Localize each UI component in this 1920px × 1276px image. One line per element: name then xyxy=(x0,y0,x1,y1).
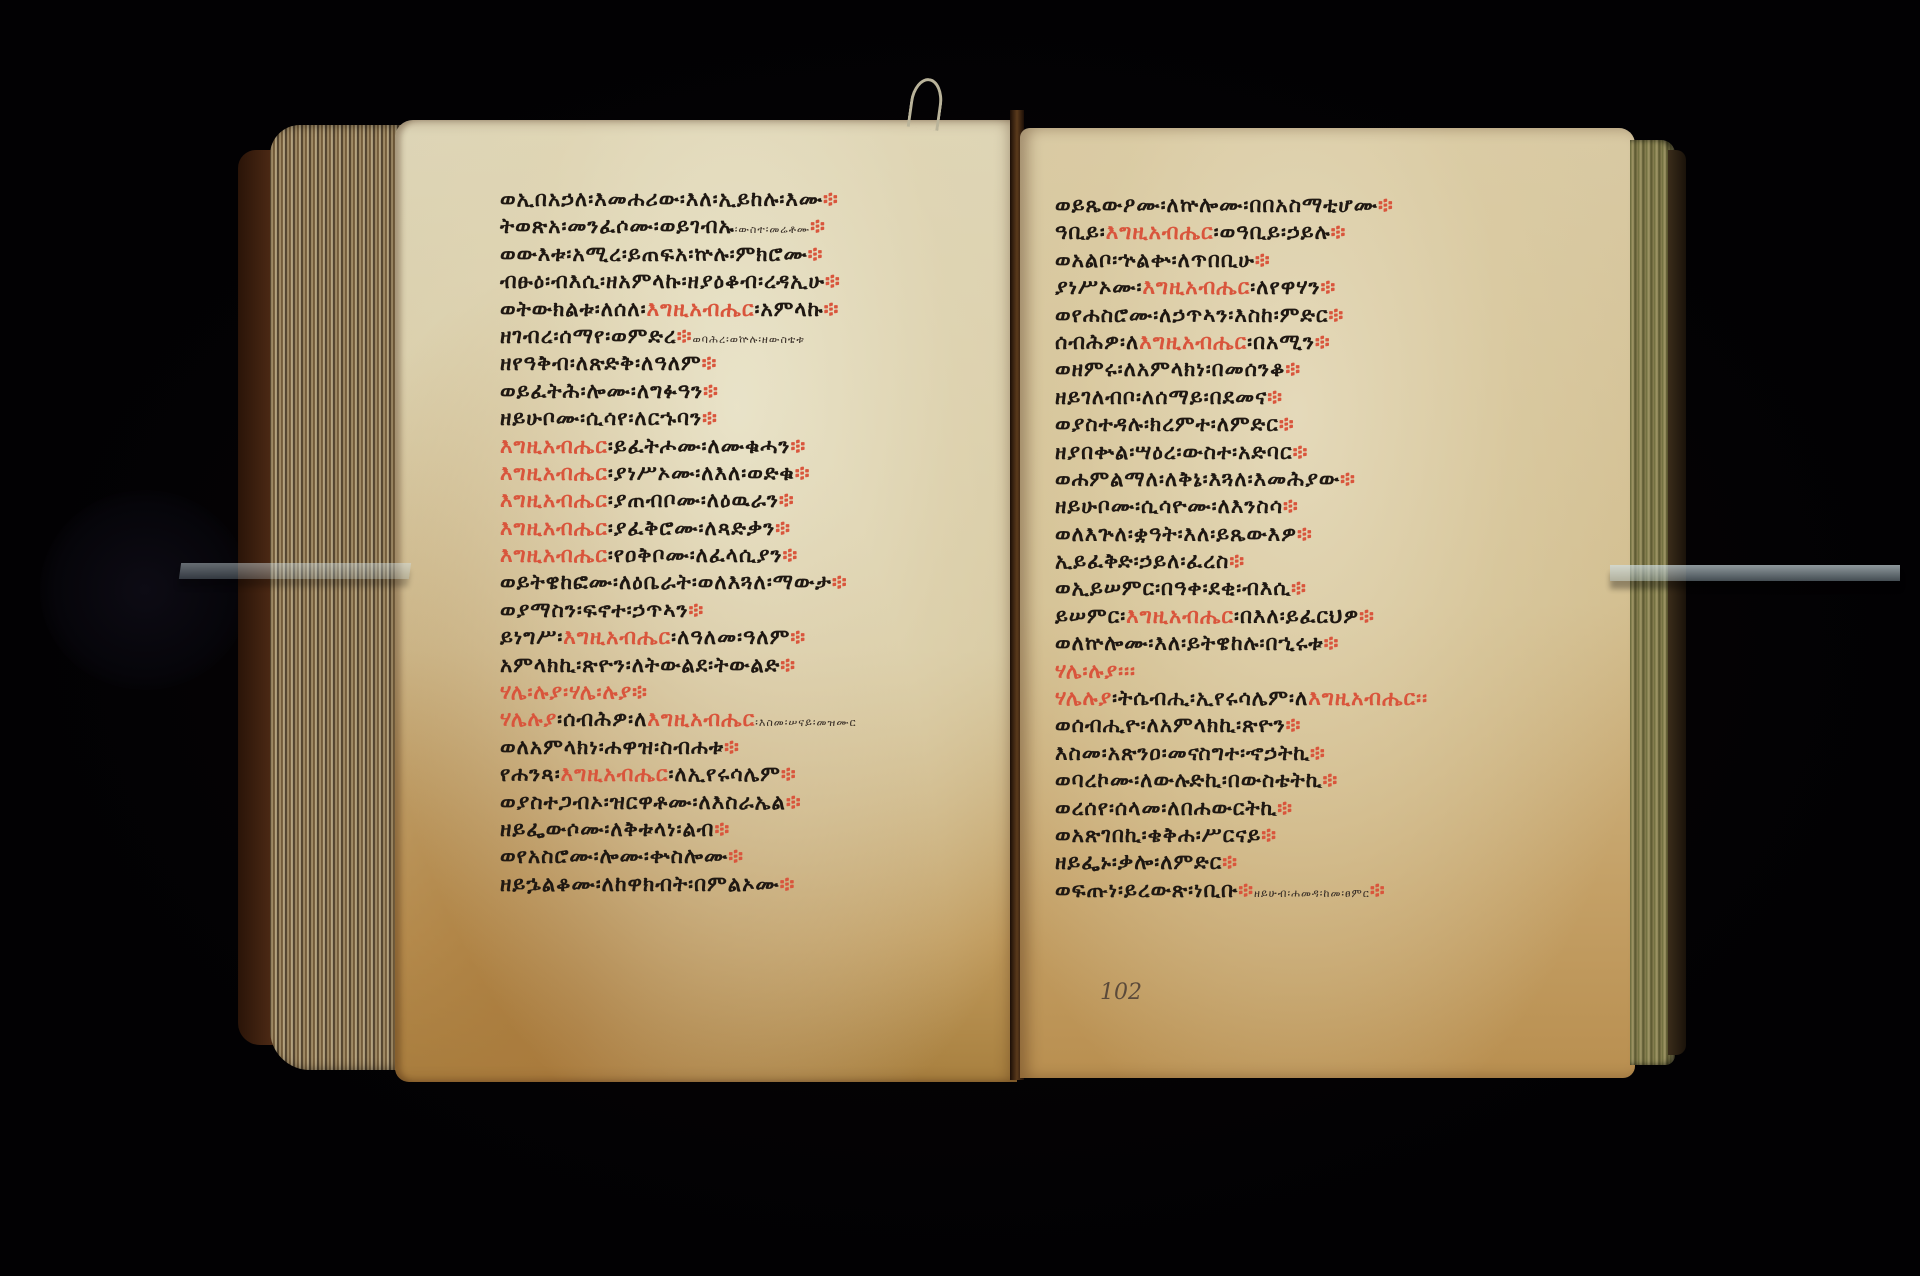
left-page-clip xyxy=(179,563,411,579)
ink-text: ወለኵሎሙ፡እለ፡ይትዌከሉ፡በኂሩቱ xyxy=(1055,631,1324,655)
rubric-text: ፨ xyxy=(1261,823,1277,847)
rubric-text: ፨ xyxy=(702,351,718,375)
ink-text: ወለእጕለ፡ቋዓት፡እለ፡ይጼውእዎ xyxy=(1055,522,1297,546)
ink-text: ፡በአሚን xyxy=(1247,330,1315,354)
rubric-text: ፨ xyxy=(1279,412,1295,436)
rubric-text: ፨ xyxy=(781,762,797,786)
ink-text: ወሰብሒዮ፡ለአምላክኪ፡ጽዮን xyxy=(1055,713,1286,737)
rubric-text: ፨ xyxy=(790,625,806,649)
manuscript-line: ወአልቦ፡ኍልቍ፡ለጥበቢሁ፨ xyxy=(1055,247,1615,274)
rubric-text: ፨ xyxy=(1277,796,1293,820)
ink-text: ወያስተጋብኦ፡ዝርዋቶሙ፡ለእስራኤል xyxy=(500,790,786,814)
ink-text: ወይጼውዖሙ፡ለኵሎሙ፡በበአስማቲሆሙ xyxy=(1055,193,1378,217)
ink-text: ወአጽገበኪ፡ቄቅሐ፡ሥርናይ xyxy=(1055,823,1261,847)
ink-text: ወየአስሮሙ፡ሎሙ፡ቍስሎሙ xyxy=(500,844,728,868)
rubric-text: ሃሌ፡ሉያ፡ xyxy=(1055,659,1124,683)
manuscript-line: ይነግሥ፡እግዚአብሔር፡ለዓለመ፡ዓለም፨ xyxy=(500,624,1000,651)
right-page-clip xyxy=(1610,565,1900,581)
marginal-note: ፡እስመ፡ሠናይ፡መዝሙር xyxy=(755,716,856,729)
manuscript-line: ወዘምሩ፡ለአምላክነ፡በመሰንቆ፨ xyxy=(1055,356,1615,383)
ink-text: ወኢይሠምር፡በዓቀ፡ደቂ፡ብእሲ xyxy=(1055,576,1291,600)
ink-text: ፡ሰብሕዎ፡ለ xyxy=(557,707,647,731)
manuscript-line: ዘይፌውሶሙ፡ለቅቱላነ፡ልብ፨ xyxy=(500,816,1000,843)
gloved-hand xyxy=(40,490,250,690)
manuscript-line: ሃሌሉያ፡ሰብሕዎ፡ለእግዚአብሔር፡እስመ፡ሠናይ፡መዝሙር xyxy=(500,706,1000,733)
manuscript-line: ወያስተጋብኦ፡ዝርዋቶሙ፡ለእስራኤል፨ xyxy=(500,789,1000,816)
ink-text: ዘይፌውሶሙ፡ለቅቱላነ፡ልብ xyxy=(500,817,714,841)
manuscript-line: ወረሰየ፡ሰላመ፡ለበሐውርትኪ፨ xyxy=(1055,795,1615,822)
manuscript-line: ዘይገለብቦ፡ለሰማይ፡በደመና፨ xyxy=(1055,384,1615,411)
rubric-text: ፨ xyxy=(810,214,826,238)
right-page-text: ወይጼውዖሙ፡ለኵሎሙ፡በበአስማቲሆሙ፨ዓቢይ፡እግዚአብሔር፡ወዓቢይ፡ኃይ… xyxy=(1055,192,1615,904)
manuscript-line: ወየሐስሮሙ፡ለኃጥኣን፡እስከ፡ምድር፨ xyxy=(1055,302,1615,329)
manuscript-line: እግዚአብሔር፡ያጠብቦሙ፡ለዕዉራን፨ xyxy=(500,487,1000,514)
ink-text: ፡ትሴብሒ፡ኢየሩሳሌም፡ለ xyxy=(1112,686,1308,710)
rubric-text: ፨ xyxy=(1283,494,1299,518)
rubric-text: ፨ xyxy=(1315,330,1331,354)
ink-text: ፡ያነሥኦሙ፡ለእለ፡ወድቁ xyxy=(608,461,795,485)
manuscript-line: እግዚአብሔር፡የዐቅቦሙ፡ለፈላሲያን፨ xyxy=(500,542,1000,569)
ink-text: ወትውክልቱ፡ለሰለ፡ xyxy=(500,297,647,321)
rubric-text: ፨ xyxy=(1229,549,1245,573)
ink-text: ወዘምሩ፡ለአምላክነ፡በመሰንቆ xyxy=(1055,357,1285,381)
rubric-text: እግዚአብሔር xyxy=(1308,686,1416,710)
rubric-text: እግዚአብሔር xyxy=(1126,604,1234,628)
rubric-text: እግዚአብሔር xyxy=(1142,275,1250,299)
ink-text: ፡ወዓቢይ፡ኃይሉ xyxy=(1214,220,1331,244)
manuscript-line: ብፁዕ፡ብእሲ፡ዘአምላኩ፡ዘያዕቆብ፡ረዳኢሁ፨ xyxy=(500,268,1000,295)
ink-text: ዓቢይ፡ xyxy=(1055,220,1106,244)
rubric-text: ፨ xyxy=(1359,604,1375,628)
manuscript-line: ወፍጡነ፡ይረውጽ፡ነቢቡ፨ዘይሁብ፡ሐመዳ፡ከመ፡ፀምር፨ xyxy=(1055,877,1615,904)
rubric-text: ፨ xyxy=(824,297,840,321)
rubric-text: ፨ xyxy=(1222,850,1238,874)
ink-text: ወኢበአኃለ፡እመሐሪው፡እለ፡ኢይከሉ፡እሙ xyxy=(500,187,823,211)
ink-text: ዘይኌልቆሙ፡ለከዋክብት፡በምልኦሙ xyxy=(500,872,780,896)
manuscript-line: ሃሌ፡ሉያ፡ሃሌ፡ሉያ፨ xyxy=(500,679,1000,706)
marginal-note: ፡ውስተ፡መሬቶሙ xyxy=(735,223,810,236)
manuscript-line: ወአጽገበኪ፡ቄቅሐ፡ሥርናይ፨ xyxy=(1055,822,1615,849)
ink-text: ወአልቦ፡ኍልቍ፡ለጥበቢሁ xyxy=(1055,248,1255,272)
ink-text: ወይትዌከፎሙ፡ለዕቤራት፡ወለእጓለ፡ማውታ xyxy=(500,570,832,594)
manuscript-line: ያነሥኦሙ፡እግዚአብሔር፡ለየዋሃን፨ xyxy=(1055,274,1615,301)
manuscript-line: ወትውክልቱ፡ለሰለ፡እግዚአብሔር፡አምላኩ፨ xyxy=(500,296,1000,323)
rubric-text: ፨ xyxy=(782,543,798,567)
rubric-text: ፡፡ xyxy=(1124,659,1136,683)
rubric-text: እግዚአብሔር xyxy=(647,297,755,321)
manuscript-line: ወሰብሒዮ፡ለአምላክኪ፡ጽዮን፨ xyxy=(1055,712,1615,739)
manuscript-line: ዘገብረ፡ሰማየ፡ወምድረ፨ወባሕረ፡ወኵሉ፡ዘውስቴቱ xyxy=(500,323,1000,350)
rubric-text: እግዚአብሔር xyxy=(500,516,608,540)
rubric-text: ፨ xyxy=(1297,522,1313,546)
rubric-text: ፨ xyxy=(1285,357,1301,381)
manuscript-line: አምላክኪ፡ጽዮን፡ለትውልደ፡ትውልድ፨ xyxy=(500,652,1000,679)
ink-text: ይሠምር፡ xyxy=(1055,604,1126,628)
rubric-text: ፨ xyxy=(1238,878,1254,902)
rubric-text: ሃሌሉያ xyxy=(1055,686,1112,710)
manuscript-line: ወይትዌከፎሙ፡ለዕቤራት፡ወለእጓለ፡ማውታ፨ xyxy=(500,569,1000,596)
rubric-text: ፨ xyxy=(714,817,730,841)
manuscript-line: ወያስተዳሉ፡ክረምተ፡ለምድር፨ xyxy=(1055,411,1615,438)
rubric-text: ፨ xyxy=(1370,878,1386,902)
ink-text: ብፁዕ፡ብእሲ፡ዘአምላኩ፡ዘያዕቆብ፡ረዳኢሁ xyxy=(500,269,825,293)
ink-text: ወሐምልማለ፡ለቅኔ፡እጓለ፡እመሕያው xyxy=(1055,467,1340,491)
ink-text: ወየሐስሮሙ፡ለኃጥኣን፡እስከ፡ምድር xyxy=(1055,303,1328,327)
rubric-text: ሃሌሉያ xyxy=(500,707,557,731)
rubric-text: ፨ xyxy=(1267,385,1283,409)
manuscript-line: ወለኵሎሙ፡እለ፡ይትዌከሉ፡በኂሩቱ፨ xyxy=(1055,630,1615,657)
ink-text: ዘይሁቦሙ፡ሲሳየ፡ለርኁባን xyxy=(500,406,702,430)
manuscript-line: ሰብሕዎ፡ለእግዚአብሔር፡በአሚን፨ xyxy=(1055,329,1615,356)
rubric-text: ፨ xyxy=(728,844,744,868)
rubric-text: እግዚአብሔር xyxy=(500,488,608,512)
manuscript-line: ዓቢይ፡እግዚአብሔር፡ወዓቢይ፡ኃይሉ፨ xyxy=(1055,219,1615,246)
ink-text: ወይፈትሕ፡ሎሙ፡ለግፉዓን xyxy=(500,379,703,403)
manuscript-line: እግዚአብሔር፡ያፈቅሮሙ፡ለጻድቃን፨ xyxy=(500,515,1000,542)
ink-text: ፡ለኢየሩሳሌም xyxy=(669,762,781,786)
manuscript-line: እስመ፡አጽንዐ፡መናስግተ፡ኆኃትኪ፨ xyxy=(1055,740,1615,767)
manuscript-line: ሃሌሉያ፡ትሴብሒ፡ኢየሩሳሌም፡ለእግዚአብሔር፡፡ xyxy=(1055,685,1615,712)
ink-text: ፡ለዓለመ፡ዓለም xyxy=(671,625,790,649)
ink-text: ፡በእለ፡ይፈርህዎ xyxy=(1234,604,1359,628)
manuscript-line: ዘይኌልቆሙ፡ለከዋክብት፡በምልኦሙ፨ xyxy=(500,871,1000,898)
manuscript-line: ወለእጕለ፡ቋዓት፡እለ፡ይጼውእዎ፨ xyxy=(1055,521,1615,548)
left-page-text: ወኢበአኃለ፡እመሐሪው፡እለ፡ኢይከሉ፡እሙ፨ትወጽአ፡መንፈሶሙ፡ወይገብኡ… xyxy=(500,186,1000,898)
rubric-text: ፨ xyxy=(1324,631,1340,655)
manuscript-line: ወለአምላክነ፡ሐዋዝ፡ስብሐቱ፨ xyxy=(500,734,1000,761)
rubric-text: እግዚአብሔር xyxy=(500,461,608,485)
manuscript-line: ዘየዓቅብ፡ለጽድቅ፡ለዓለም፨ xyxy=(500,350,1000,377)
ink-text: ዘይገለብቦ፡ለሰማይ፡በደመና xyxy=(1055,385,1267,409)
left-page-edges xyxy=(270,125,405,1070)
manuscript-line: ወያማስን፡ፍኖተ፡ኃጥኣን፨ xyxy=(500,597,1000,624)
ink-text: ትወጽአ፡መንፈሶሙ፡ወይገብኡ xyxy=(500,214,735,238)
ink-text: ወለአምላክነ፡ሐዋዝ፡ስብሐቱ xyxy=(500,735,724,759)
rubric-text: ፨ xyxy=(832,570,848,594)
ink-text: ወውእቱ፡አሚረ፡ይጠፍአ፡ኵሉ፡ምክሮሙ xyxy=(500,242,808,266)
ink-text: የሐንጻ፡ xyxy=(500,762,561,786)
ink-text: ዘይሁቦሙ፡ሲሳዮሙ፡ለእንስሳ xyxy=(1055,494,1283,518)
ink-text: ሰብሕዎ፡ለ xyxy=(1055,330,1139,354)
rubric-text: ፨ xyxy=(795,461,811,485)
rubric-text: ፡፡ xyxy=(1416,686,1428,710)
marginal-note: ዘይሁብ፡ሐመዳ፡ከመ፡ፀምር xyxy=(1254,887,1370,900)
right-cover-board xyxy=(1668,150,1686,1055)
rubric-text: እግዚአብሔር xyxy=(1139,330,1247,354)
rubric-text: ፨ xyxy=(1322,768,1338,792)
manuscript-line: ወሐምልማለ፡ለቅኔ፡እጓለ፡እመሕያው፨ xyxy=(1055,466,1615,493)
marginal-note: ወባሕረ፡ወኵሉ፡ዘውስቴቱ xyxy=(692,333,804,346)
ink-text: ወያማስን፡ፍኖተ፡ኃጥኣን xyxy=(500,598,689,622)
rubric-text: ፨ xyxy=(1328,303,1344,327)
manuscript-line: የሐንጻ፡እግዚአብሔር፡ለኢየሩሳሌም፨ xyxy=(500,761,1000,788)
manuscript-line: ወውእቱ፡አሚረ፡ይጠፍአ፡ኵሉ፡ምክሮሙ፨ xyxy=(500,241,1000,268)
rubric-text: ፨ xyxy=(823,187,839,211)
ink-text: ይነግሥ፡ xyxy=(500,625,563,649)
ink-text: ዘገብረ፡ሰማየ፡ወምድረ xyxy=(500,324,677,348)
rubric-text: እግዚአብሔር xyxy=(647,707,755,731)
rubric-text: ፨ xyxy=(780,653,796,677)
folio-number: 102 xyxy=(1100,980,1142,1005)
rubric-text: እግዚአብሔር xyxy=(563,625,671,649)
rubric-text: ፨ xyxy=(808,242,824,266)
rubric-text: ፨ xyxy=(677,324,693,348)
rubric-text: ፨ xyxy=(703,379,719,403)
ink-text: ወፍጡነ፡ይረውጽ፡ነቢቡ xyxy=(1055,878,1238,902)
manuscript-line: ይሠምር፡እግዚአብሔር፡በእለ፡ይፈርህዎ፨ xyxy=(1055,603,1615,630)
rubric-text: ፨ xyxy=(702,406,718,430)
rubric-text: ፨ xyxy=(1255,248,1271,272)
ink-text: ፡ያጠብቦሙ፡ለዕዉራን xyxy=(608,488,779,512)
rubric-text: ፨ xyxy=(825,269,841,293)
manuscript-line: ወባረኮሙ፡ለውሉድኪ፡በውስቴትኪ፨ xyxy=(1055,767,1615,794)
manuscript-line: ዘያበቍል፡ሣዕረ፡ውስተ፡አድባር፨ xyxy=(1055,439,1615,466)
rubric-text: እግዚአብሔር xyxy=(1106,220,1214,244)
manuscript-line: ትወጽአ፡መንፈሶሙ፡ወይገብኡ፡ውስተ፡መሬቶሙ፨ xyxy=(500,213,1000,240)
ink-text: ፡ያፈቅሮሙ፡ለጻድቃን xyxy=(608,516,775,540)
rubric-text: ፨ xyxy=(779,488,795,512)
ink-text: አምላክኪ፡ጽዮን፡ለትውልደ፡ትውልድ xyxy=(500,653,780,677)
ink-text: ወባረኮሙ፡ለውሉድኪ፡በውስቴትኪ xyxy=(1055,768,1322,792)
rubric-text: ፨ xyxy=(689,598,705,622)
rubric-text: ፨ xyxy=(1291,576,1307,600)
manuscript-line: ወይፈትሕ፡ሎሙ፡ለግፉዓን፨ xyxy=(500,378,1000,405)
rubric-text: እግዚአብሔር xyxy=(500,434,608,458)
rubric-text: ፨ xyxy=(786,790,802,814)
rubric-text: ፨ xyxy=(1340,467,1356,491)
manuscript-line: ወኢይሠምር፡በዓቀ፡ደቂ፡ብእሲ፨ xyxy=(1055,575,1615,602)
manuscript-line: ወኢበአኃለ፡እመሐሪው፡እለ፡ኢይከሉ፡እሙ፨ xyxy=(500,186,1000,213)
ink-text: ዘያበቍል፡ሣዕረ፡ውስተ፡አድባር xyxy=(1055,440,1293,464)
manuscript-line: ዘይሁቦሙ፡ሲሳየ፡ለርኁባን፨ xyxy=(500,405,1000,432)
ink-text: ፡የዐቅቦሙ፡ለፈላሲያን xyxy=(608,543,783,567)
rubric-text: ፨ xyxy=(1310,741,1326,765)
rubric-text: ፨ xyxy=(1286,713,1302,737)
ink-text: ፡አምላኩ xyxy=(754,297,823,321)
manuscript-line: እግዚአብሔር፡ይፈትሖሙ፡ለሙቁሓን፨ xyxy=(500,433,1000,460)
manuscript-line: ዘይፌኑ፡ቃሎ፡ለምድር፨ xyxy=(1055,849,1615,876)
manuscript-line: ኢይፈቅድ፡ኃይለ፡ፈረስ፨ xyxy=(1055,548,1615,575)
ink-text: ፡ለየዋሃን xyxy=(1250,275,1320,299)
ink-text: ዘይፌኑ፡ቃሎ፡ለምድር xyxy=(1055,850,1222,874)
ink-text: ወያስተዳሉ፡ክረምተ፡ለምድር xyxy=(1055,412,1279,436)
rubric-text: ፨ xyxy=(724,735,740,759)
ink-text: ፡ይፈትሖሙ፡ለሙቁሓን xyxy=(608,434,791,458)
ink-text: ያነሥኦሙ፡ xyxy=(1055,275,1142,299)
rubric-text: ፨ xyxy=(790,434,806,458)
rubric-text: ሃሌ፡ሉያ፡ሃሌ፡ሉያ፨ xyxy=(500,680,648,704)
rubric-text: ፨ xyxy=(775,516,791,540)
rubric-text: እግዚአብሔር xyxy=(500,543,608,567)
ink-text: ኢይፈቅድ፡ኃይለ፡ፈረስ xyxy=(1055,549,1229,573)
manuscript-line: ሃሌ፡ሉያ፡፡፡ xyxy=(1055,658,1615,685)
manuscript-line: ወይጼውዖሙ፡ለኵሎሙ፡በበአስማቲሆሙ፨ xyxy=(1055,192,1615,219)
rubric-text: ፨ xyxy=(1331,220,1347,244)
ink-text: እስመ፡አጽንዐ፡መናስግተ፡ኆኃትኪ xyxy=(1055,741,1310,765)
rubric-text: ፨ xyxy=(780,872,796,896)
rubric-text: ፨ xyxy=(1293,440,1309,464)
manuscript-line: ወየአስሮሙ፡ሎሙ፡ቍስሎሙ፨ xyxy=(500,843,1000,870)
ink-text: ወረሰየ፡ሰላመ፡ለበሐውርትኪ xyxy=(1055,796,1277,820)
rubric-text: ፨ xyxy=(1378,193,1394,217)
manuscript-line: ዘይሁቦሙ፡ሲሳዮሙ፡ለእንስሳ፨ xyxy=(1055,493,1615,520)
manuscript-line: እግዚአብሔር፡ያነሥኦሙ፡ለእለ፡ወድቁ፨ xyxy=(500,460,1000,487)
rubric-text: ፨ xyxy=(1321,275,1337,299)
ink-text: ዘየዓቅብ፡ለጽድቅ፡ለዓለም xyxy=(500,351,702,375)
rubric-text: እግዚአብሔር xyxy=(561,762,669,786)
